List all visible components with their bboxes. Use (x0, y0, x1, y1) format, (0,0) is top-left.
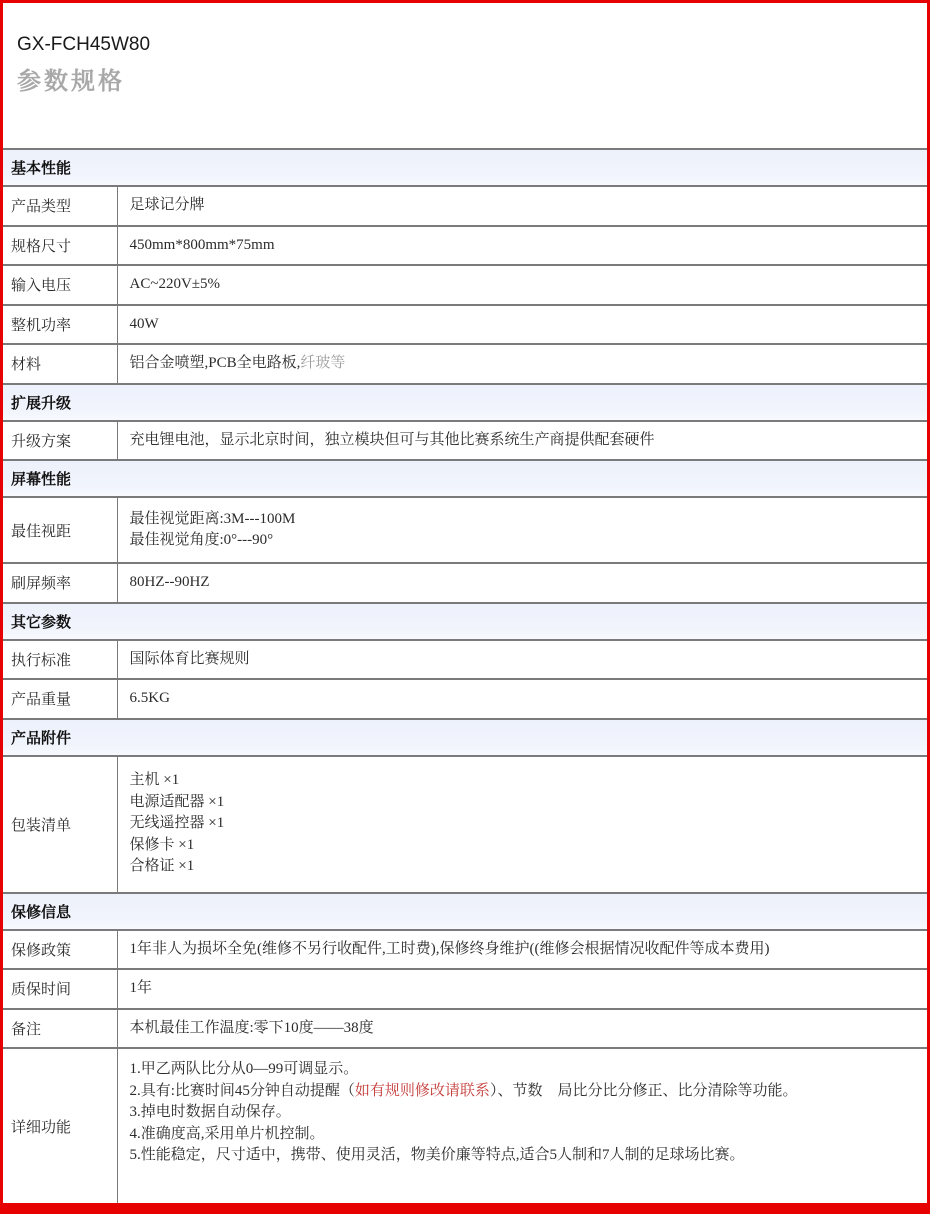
spec-label: 包装清单 (3, 756, 117, 893)
spec-value: 80HZ--90HZ (117, 563, 927, 603)
spec-row: 包装清单主机 ×1电源适配器 ×1无线遥控器 ×1保修卡 ×1合格证 ×1 (3, 756, 927, 893)
spec-label: 产品类型 (3, 186, 117, 226)
spec-value-line: 电源适配器 ×1 (130, 792, 920, 814)
spec-value-line: 1.甲乙两队比分从0—99可调显示。 (130, 1059, 920, 1081)
spec-row: 保修政策1年非人为损坏全免(维修不另行收配件,工时费),保修终身维护((维修会根… (3, 930, 927, 970)
section-header-row: 屏幕性能 (3, 460, 927, 497)
section-title: 基本性能 (3, 149, 927, 186)
spec-value-line: 保修卡 ×1 (130, 835, 920, 857)
spec-value-line: 国际体育比赛规则 (130, 649, 920, 671)
spec-row: 最佳视距最佳视觉距离:3M---100M最佳视觉角度:0°---90° (3, 497, 927, 563)
spec-row: 输入电压AC~220V±5% (3, 265, 927, 305)
spec-row: 整机功率40W (3, 305, 927, 345)
spec-label: 规格尺寸 (3, 226, 117, 266)
spec-label: 质保时间 (3, 969, 117, 1009)
spec-value-line: 3.掉电时数据自动保存。 (130, 1102, 920, 1124)
spec-value: 1年 (117, 969, 927, 1009)
spec-label: 刷屏频率 (3, 563, 117, 603)
spec-value: 足球记分牌 (117, 186, 927, 226)
spec-row: 规格尺寸450mm*800mm*75mm (3, 226, 927, 266)
spec-value-line: 450mm*800mm*75mm (130, 235, 920, 257)
spec-value: 450mm*800mm*75mm (117, 226, 927, 266)
spec-row: 详细功能1.甲乙两队比分从0—99可调显示。2.具有:比赛时间45分钟自动提醒（… (3, 1048, 927, 1204)
spec-row: 刷屏频率80HZ--90HZ (3, 563, 927, 603)
spec-row: 材料铝合金喷塑,PCB全电路板,纤玻等 (3, 344, 927, 384)
spec-label: 详细功能 (3, 1048, 117, 1204)
spec-value-line: 1年非人为损坏全免(维修不另行收配件,工时费),保修终身维护((维修会根据情况收… (130, 939, 920, 961)
spec-value-line: 80HZ--90HZ (130, 572, 920, 594)
spec-label: 材料 (3, 344, 117, 384)
spec-value-line: 5.性能稳定，尺寸适中，携带、使用灵活，物美价廉等特点,适合5人制和7人制的足球… (130, 1145, 920, 1167)
section-title: 产品附件 (3, 719, 927, 756)
spec-value-line: 铝合金喷塑,PCB全电路板,纤玻等 (130, 353, 920, 375)
section-title: 扩展升级 (3, 384, 927, 421)
spec-row: 执行标准国际体育比赛规则 (3, 640, 927, 680)
section-title: 其它参数 (3, 603, 927, 640)
section-title: 屏幕性能 (3, 460, 927, 497)
spec-label: 输入电压 (3, 265, 117, 305)
product-model-title: GX-FCH45W80 (17, 33, 927, 57)
section-header-row: 其它参数 (3, 603, 927, 640)
spec-value-line: 4.准确度高,采用单片机控制。 (130, 1124, 920, 1146)
spec-label: 保修政策 (3, 930, 117, 970)
page-frame: GX-FCH45W80 参数规格 基本性能产品类型足球记分牌规格尺寸450mm*… (0, 0, 930, 1214)
spec-value-line: 最佳视觉距离:3M---100M (130, 509, 920, 531)
spec-row: 备注本机最佳工作温度:零下10度——38度 (3, 1009, 927, 1049)
section-header-row: 产品附件 (3, 719, 927, 756)
spec-value-line: 最佳视觉角度:0°---90° (130, 530, 920, 552)
spec-value: 40W (117, 305, 927, 345)
spec-label: 整机功率 (3, 305, 117, 345)
spec-label: 最佳视距 (3, 497, 117, 563)
spec-value-line: 1年 (130, 978, 920, 1000)
spec-label: 备注 (3, 1009, 117, 1049)
spec-value: 国际体育比赛规则 (117, 640, 927, 680)
spec-row: 产品类型足球记分牌 (3, 186, 927, 226)
spec-value: 充电锂电池，显示北京时间，独立模块但可与其他比赛系统生产商提供配套硬件 (117, 421, 927, 461)
spec-value-line: 6.5KG (130, 688, 920, 710)
spec-value-line: 本机最佳工作温度:零下10度——38度 (130, 1018, 920, 1040)
page-header: GX-FCH45W80 参数规格 (3, 3, 927, 148)
spec-value-line: 40W (130, 314, 920, 336)
spec-label: 产品重量 (3, 679, 117, 719)
spec-value-line: 足球记分牌 (130, 195, 920, 217)
spec-value: 铝合金喷塑,PCB全电路板,纤玻等 (117, 344, 927, 384)
spec-label: 升级方案 (3, 421, 117, 461)
section-header-row: 扩展升级 (3, 384, 927, 421)
section-title: 保修信息 (3, 893, 927, 930)
spec-value: 主机 ×1电源适配器 ×1无线遥控器 ×1保修卡 ×1合格证 ×1 (117, 756, 927, 893)
spec-value: 最佳视觉距离:3M---100M最佳视觉角度:0°---90° (117, 497, 927, 563)
spec-label: 执行标准 (3, 640, 117, 680)
spec-value-line: 充电锂电池，显示北京时间，独立模块但可与其他比赛系统生产商提供配套硬件 (130, 430, 920, 452)
spec-row: 升级方案充电锂电池，显示北京时间，独立模块但可与其他比赛系统生产商提供配套硬件 (3, 421, 927, 461)
spec-section-heading: 参数规格 (17, 67, 927, 97)
spec-value: 1.甲乙两队比分从0—99可调显示。2.具有:比赛时间45分钟自动提醒（如有规则… (117, 1048, 927, 1204)
spec-row: 质保时间1年 (3, 969, 927, 1009)
spec-row: 产品重量6.5KG (3, 679, 927, 719)
spec-value-line: 无线遥控器 ×1 (130, 813, 920, 835)
spec-value: 本机最佳工作温度:零下10度——38度 (117, 1009, 927, 1049)
spec-value-line: 合格证 ×1 (130, 856, 920, 878)
spec-value: AC~220V±5% (117, 265, 927, 305)
spec-value-line: 2.具有:比赛时间45分钟自动提醒（如有规则修改请联系）、节数 局比分比分修正、… (130, 1081, 920, 1103)
spec-value: 1年非人为损坏全免(维修不另行收配件,工时费),保修终身维护((维修会根据情况收… (117, 930, 927, 970)
spec-value: 6.5KG (117, 679, 927, 719)
spec-table-body: 基本性能产品类型足球记分牌规格尺寸450mm*800mm*75mm输入电压AC~… (3, 149, 927, 1204)
section-header-row: 基本性能 (3, 149, 927, 186)
spec-value-line: AC~220V±5% (130, 274, 920, 296)
spec-table: 基本性能产品类型足球记分牌规格尺寸450mm*800mm*75mm输入电压AC~… (3, 148, 927, 1205)
spec-value-line: 主机 ×1 (130, 770, 920, 792)
section-header-row: 保修信息 (3, 893, 927, 930)
